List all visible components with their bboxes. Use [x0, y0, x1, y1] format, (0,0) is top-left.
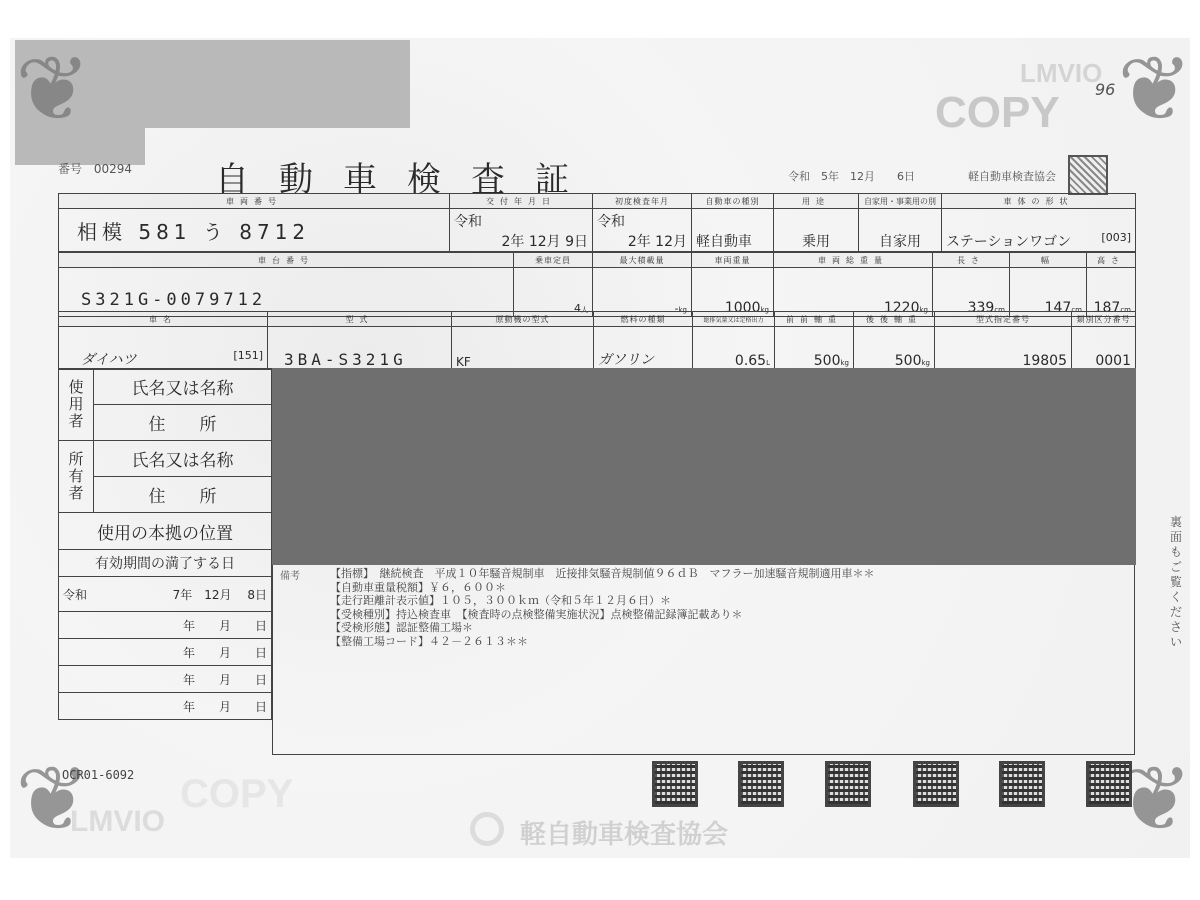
row2-table: 車台番号 乗車定員 最大積載量 車両重量 車両総重量 長さ 幅 高さ S321G… [58, 252, 1136, 317]
remarks-line: 【走行距離計表示値】１０５，３００ｋｍ（令和５年１２月６日）＊ [330, 594, 1130, 608]
capacity-cell: 4人 [514, 268, 593, 317]
max-load-cell: -kg [593, 268, 692, 317]
first-inspection-era: 令和 [597, 211, 687, 231]
serial-value: 00294 [94, 162, 132, 176]
fuel: ガソリン [594, 327, 693, 370]
width-cell: 147cm [1010, 268, 1087, 317]
watermark-brand-bottom: LMVIO [70, 805, 165, 839]
redacted-personal-info [272, 368, 1136, 565]
header-capacity: 乗車定員 [514, 253, 593, 268]
type-designation: 19805 [935, 327, 1072, 370]
remarks-line: 【整備工場コード】４２－２６１３＊＊ [330, 635, 1130, 649]
front-axle-cell: 500kg [775, 327, 854, 370]
qr-code-5-icon [999, 761, 1045, 807]
footer-logo-icon [470, 812, 504, 846]
body-shape-code: [003] [1101, 231, 1131, 244]
remarks-line: 【指標】 継続検査 平成１０年騒音規制車 近接排気騒音規制値９６ｄＢ マフラー加… [330, 567, 1130, 581]
watermark-copy-bottom: COPY [180, 772, 293, 817]
header-rear-axle: 後後軸重 [854, 312, 935, 327]
private-business: 自家用 [859, 209, 942, 252]
displacement-cell: 0.65L [693, 327, 775, 370]
qr-code-3-icon [825, 761, 871, 807]
model: 3BA-S321G [268, 327, 452, 370]
owner-group-label: 所有者 [59, 441, 94, 513]
header-engine-model: 原動機の型式 [452, 312, 594, 327]
body-shape-cell: ステーションワゴン [003] [942, 209, 1136, 252]
remarks-line: 【受検形態】認証整備工場＊ [330, 621, 1130, 635]
chassis-number: S321G-0079712 [59, 268, 514, 317]
header-vehicle-weight: 車両重量 [692, 253, 774, 268]
header-vehicle-type: 自動車の種別 [692, 194, 774, 209]
issue-date-era: 令和 [454, 211, 588, 231]
row3-table: 車名 型式 原動機の型式 燃料の種類 総排気量又は定格出力 前前軸重 後後軸重 … [58, 311, 1136, 370]
qr-code-6-icon [1086, 761, 1132, 807]
make-cell: ダイハツ [151] [59, 327, 268, 370]
remarks-text: 【指標】 継続検査 平成１０年騒音規制車 近接排気騒音規制値９６ｄＢ マフラー加… [330, 567, 1130, 648]
watermark-brand-top: LMVIO [1020, 58, 1102, 89]
make-code: [151] [233, 349, 263, 362]
vehicle-weight-cell: 1000kg [692, 268, 774, 317]
blank-date-1: 年 月 日 [59, 612, 272, 639]
qr-code-2-icon [738, 761, 784, 807]
header-registration-number: 車両番号 [59, 194, 450, 209]
header-height: 高さ [1087, 253, 1136, 268]
issuer-name: 軽自動車検査協会 [968, 168, 1056, 184]
body-shape: ステーションワゴン [946, 234, 1071, 250]
issue-date: 令和 5年 12月 6日 [788, 168, 915, 184]
make: ダイハツ [81, 352, 136, 368]
engine-model: KF [452, 327, 594, 370]
displacement-unit: L [766, 359, 770, 367]
serial-label: 番号 [58, 162, 82, 176]
user-name-label: 氏名又は名称 [94, 369, 272, 405]
first-inspection-cell: 令和 2年 12月 [593, 209, 692, 252]
blank-date-4: 年 月 日 [59, 693, 272, 720]
registration-number: 相模 581 う 8712 [59, 209, 450, 252]
user-group-label: 使用者 [59, 369, 94, 441]
header-private-business: 自家用・事業用の別 [859, 194, 942, 209]
front-axle: 500 [814, 353, 841, 369]
header-chassis-number: 車台番号 [59, 253, 514, 268]
category-number: 0001 [1072, 327, 1136, 370]
header-gross-weight: 車両総重量 [774, 253, 933, 268]
vehicle-type: 軽自動車 [692, 209, 774, 252]
watermark-copy-top: COPY [935, 88, 1060, 138]
ornament-corner-top-left-icon: ❦ [8, 35, 98, 145]
header-make: 車名 [59, 312, 268, 327]
user-address-label: 住 所 [94, 405, 272, 441]
blank-date-2: 年 月 日 [59, 639, 272, 666]
issuer-seal-icon [1068, 155, 1108, 195]
parties-table: 使用者 氏名又は名称 住 所 所有者 氏名又は名称 住 所 使用の本拠の位置 有… [58, 368, 272, 720]
blank-date-3: 年 月 日 [59, 666, 272, 693]
base-location-label: 使用の本拠の位置 [59, 513, 272, 550]
displacement: 0.65 [735, 353, 766, 369]
header-max-load: 最大積載量 [593, 253, 692, 268]
header-first-inspection: 初度検査年月 [593, 194, 692, 209]
header-use: 用途 [774, 194, 859, 209]
header-model: 型式 [268, 312, 452, 327]
first-inspection-value: 2年 12月 [597, 231, 687, 251]
expiry-date-cell: 令和 7年 12月 8日 [59, 577, 272, 612]
row1-table: 車両番号 交付年月日 初度検査年月 自動車の種別 用途 自家用・事業用の別 車体… [58, 193, 1136, 252]
header-type-designation: 型式指定番号 [935, 312, 1072, 327]
rear-axle-unit: kg [922, 359, 931, 367]
expiry-label: 有効期間の満了する日 [59, 550, 272, 577]
length-cell: 339cm [933, 268, 1010, 317]
header-body-shape: 車体の形状 [942, 194, 1136, 209]
header-issue-date: 交付年月日 [450, 194, 593, 209]
rear-axle-cell: 500kg [854, 327, 935, 370]
header-fuel: 燃料の種類 [594, 312, 693, 327]
remarks-label: 備考 [280, 567, 300, 582]
header-width: 幅 [1010, 253, 1087, 268]
issue-date-value: 2年 12月 9日 [454, 231, 588, 251]
owner-name-label: 氏名又は名称 [94, 441, 272, 477]
handwritten-note: 96 [1095, 80, 1115, 99]
rear-axle: 500 [895, 353, 922, 369]
header-length: 長さ [933, 253, 1010, 268]
header-category-number: 類別区分番号 [1072, 312, 1136, 327]
owner-address-label: 住 所 [94, 477, 272, 513]
vehicle-use: 乗用 [774, 209, 859, 252]
remarks-line: 【受検種別】持込検査車 【検査時の点検整備実施状況】点検整備記録簿記載あり＊ [330, 608, 1130, 622]
gross-weight-cell: 1220kg [774, 268, 933, 317]
height-cell: 187cm [1087, 268, 1136, 317]
remarks-line: 【自動車重量税額】￥６，６００＊ [330, 581, 1130, 595]
expiry-era: 令和 [63, 588, 87, 602]
footer-issuer: 軽自動車検査協会 [520, 814, 728, 851]
front-axle-unit: kg [841, 359, 850, 367]
ornament-corner-top-right-icon: ❦ [1110, 35, 1200, 145]
header-front-axle: 前前軸重 [775, 312, 854, 327]
footer-code: OCR01-6092 [62, 768, 134, 782]
expiry-date: 7年 12月 8日 [173, 586, 267, 603]
qr-code-1-icon [652, 761, 698, 807]
header-displacement: 総排気量又は定格出力 [693, 312, 775, 327]
qr-code-4-icon [913, 761, 959, 807]
side-note: 裏面もご覧ください [1170, 515, 1186, 650]
issue-date-cell: 令和 2年 12月 9日 [450, 209, 593, 252]
serial-number: 番号 00294 [58, 160, 132, 177]
